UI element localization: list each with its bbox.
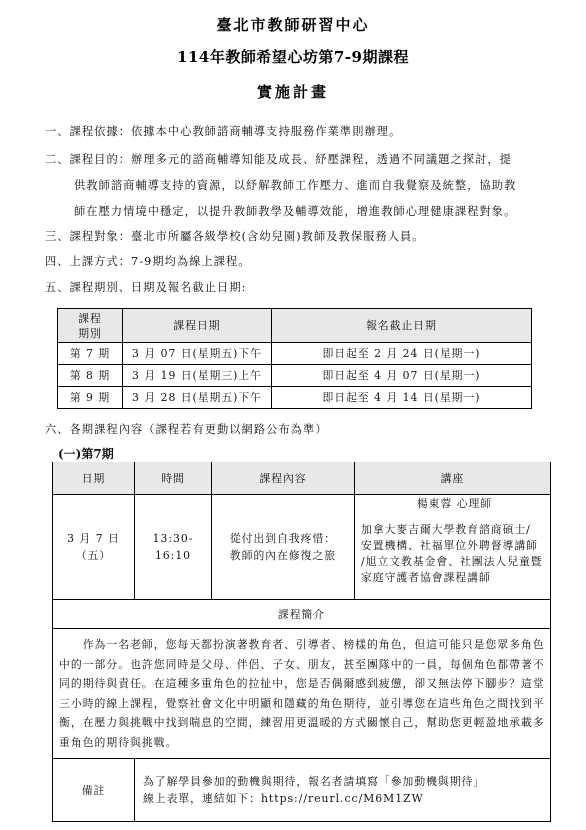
notes-label: 備註 [53,759,135,822]
course-title: 114年教師希望心坊第7-9期課程 [0,46,586,67]
org-title: 臺北市教師研習中心 [0,14,586,35]
lecturer-bio-line: 家庭守護者協會課程講師 [361,571,491,584]
form-link[interactable]: 線上表單，連結如下：https://reurl.cc/M6M1ZW [143,792,424,805]
period-cell: 第 7 期 [58,343,123,365]
doc-title: 實施計畫 [0,81,586,102]
section-purpose-line1: 二、課程目的：辦理多元的諮商輔導知能及成長、紓壓課程，透過不同議題之探討，提 [45,151,512,167]
section-audience: 三、課程對象：臺北市所屬各級學校(含幼兒園)教師及教保服務人員。 [45,228,425,244]
course-lecturer: 楊東蓉 心理師 加拿大麥吉爾大學教育諮商碩士/ 安置機構、社福單位外聘督導講師 … [355,495,551,600]
section-content-heading: 六、各期課程內容（課程若有更動以網路公布為準） [45,421,328,437]
section-format: 四、上課方式：7-9期均為線上課程。 [45,253,251,269]
section-purpose-line3: 師在壓力情境中穩定，以提升教師教學及輔導效能，增進教師心理健康課程對象。 [74,203,516,219]
intro-text: 作為一名老師，您每天都扮演著教育者、引導者、榜樣的角色，但這可能只是您眾多角色中… [53,629,551,759]
header-time: 時間 [135,462,212,495]
date-cell: 3 月 07 日(星期五)下午 [123,343,272,365]
table-row: 第 9 期 3 月 28 日(星期五)下午 即日起至 4 月 14 日(星期一) [58,387,532,409]
table-row: 第 8 期 3 月 19 日(星期三)上午 即日起至 4 月 07 日(星期一) [58,365,532,387]
deadline-cell: 即日起至 4 月 14 日(星期一) [272,387,532,409]
header-date: 日期 [53,462,135,495]
lecturer-bio-line: 加拿大麥吉爾大學教育諮商碩士/ [361,523,531,536]
header-date: 課程日期 [123,309,272,343]
course-content: 從付出到自我疼惜： 教師的內在修復之旅 [212,495,355,600]
intro-header-row: 課程簡介 [53,600,551,629]
deadline-cell: 即日起至 4 月 07 日(星期一) [272,365,532,387]
schedule-table: 課程 期別 課程日期 報名截止日期 第 7 期 3 月 07 日(星期五)下午 … [57,308,532,409]
section-schedule-heading: 五、課程期別、日期及報名截止日期: [45,279,246,295]
period-cell: 第 9 期 [58,387,123,409]
date-cell: 3 月 28 日(星期五)下午 [123,387,272,409]
course-date: 3 月 7 日 （五） [53,495,135,600]
deadline-cell: 即日起至 2 月 24 日(星期一) [272,343,532,365]
course-header-row: 日期 時間 課程內容 講座 [53,462,551,495]
period-cell: 第 8 期 [58,365,123,387]
course-table: 日期 時間 課程內容 講座 3 月 7 日 （五） 13:30- 16:10 從… [52,462,551,822]
notes-text: 為了解學員參加的動機與期待，報名者請填寫「參加動機與期待」 線上表單，連結如下：… [135,759,551,822]
lecturer-name: 楊東蓉 心理師 [361,496,548,512]
lecturer-bio-line: 安置機構、社福單位外聘督導講師 [361,539,538,552]
section-purpose-line2: 供教師諮商輔導支持的資源，以紓解教師工作壓力、進而自我覺察及統整，協助教 [74,177,516,193]
period7-heading: (一)第7期 [58,445,114,462]
notes-row: 備註 為了解學員參加的動機與期待，報名者請填寫「參加動機與期待」 線上表單，連結… [53,759,551,822]
course-row: 3 月 7 日 （五） 13:30- 16:10 從付出到自我疼惜： 教師的內在… [53,495,551,600]
course-time: 13:30- 16:10 [135,495,212,600]
header-content: 課程內容 [212,462,355,495]
intro-body-row: 作為一名老師，您每天都扮演著教育者、引導者、榜樣的角色，但這可能只是您眾多角色中… [53,629,551,759]
date-cell: 3 月 19 日(星期三)上午 [123,365,272,387]
schedule-header-row: 課程 期別 課程日期 報名截止日期 [58,309,532,343]
table-row: 第 7 期 3 月 07 日(星期五)下午 即日起至 2 月 24 日(星期一) [58,343,532,365]
header-period: 課程 期別 [58,309,123,343]
lecturer-bio-line: /旭立文教基金會、社團法人兒童暨 [361,555,543,568]
header-deadline: 報名截止日期 [272,309,532,343]
header-lecturer: 講座 [355,462,551,495]
section-basis: 一、課程依據：依據本中心教師諮商輔導支持服務作業準則辦理。 [45,123,401,139]
intro-label: 課程簡介 [53,600,551,629]
